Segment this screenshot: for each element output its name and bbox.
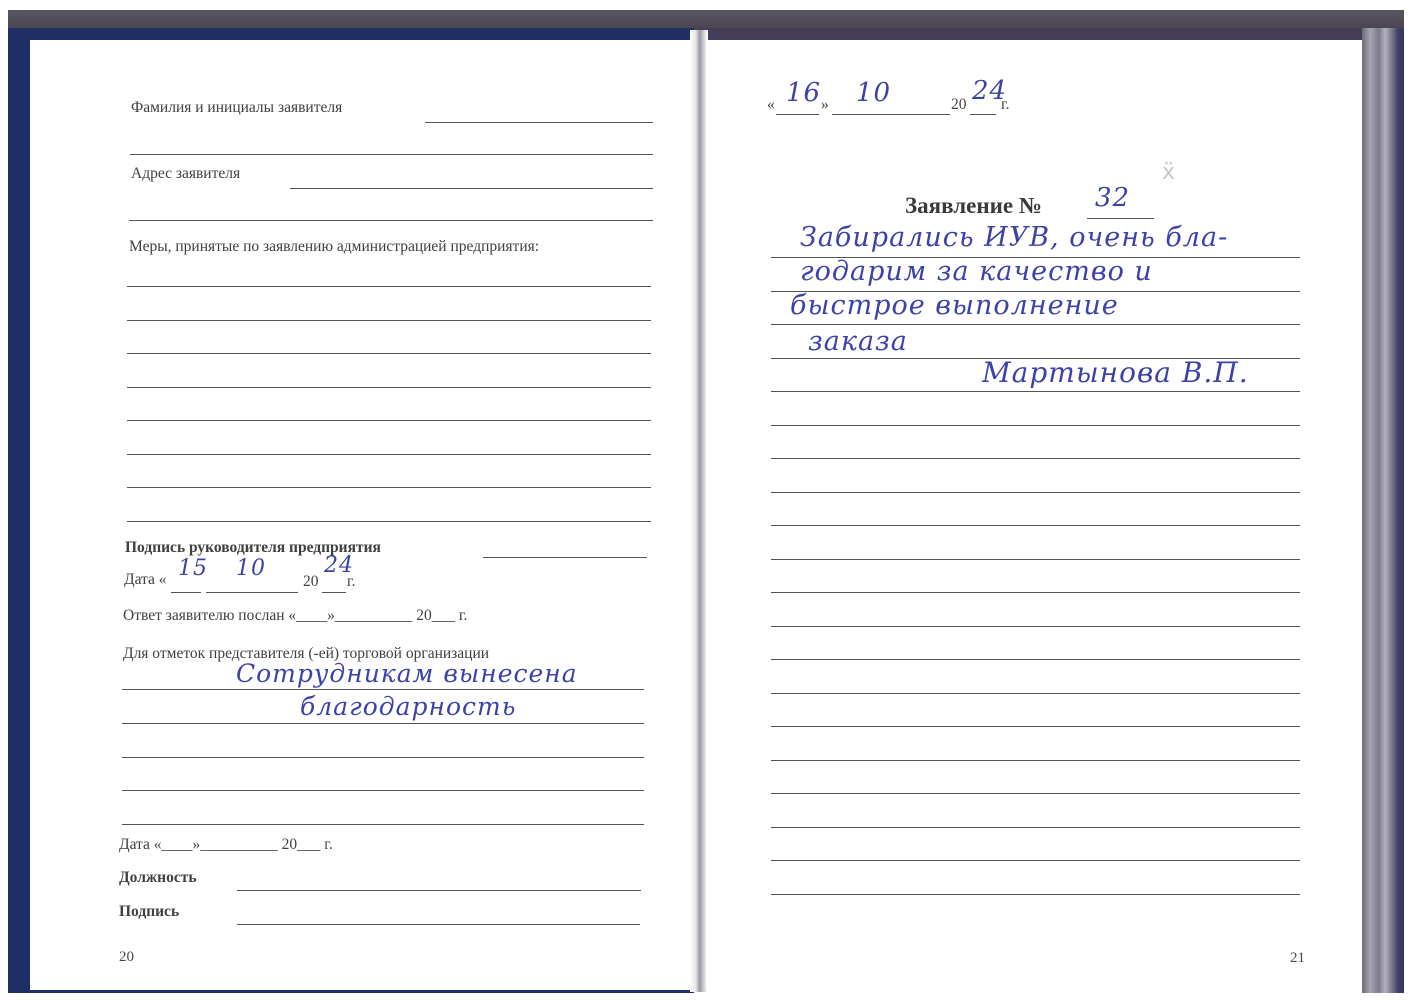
notes-line[interactable] (122, 790, 644, 791)
right-date-month-field[interactable] (832, 114, 950, 115)
measures-label: Меры, принятые по заявлению администраци… (129, 238, 539, 256)
right-date-close-quote: » (821, 96, 829, 114)
handwritten-text-line-3: быстрое выполнение (790, 290, 1119, 321)
right-date-open-quote: « (767, 96, 775, 114)
measures-line[interactable] (127, 521, 651, 522)
handwritten-statement-number: 32 (1095, 183, 1130, 213)
signature-field[interactable] (237, 924, 640, 925)
page-number-left: 20 (119, 949, 134, 966)
statement-line[interactable] (771, 760, 1300, 761)
handwritten-right-date-day: 16 (786, 78, 821, 108)
statement-line[interactable] (771, 492, 1300, 493)
applicant-name-field-2[interactable] (130, 154, 653, 155)
statement-line[interactable] (771, 726, 1300, 727)
statement-line[interactable] (771, 425, 1300, 426)
handwritten-notes-line-1: Сотрудникам вынесена (236, 659, 578, 688)
right-date-day-field[interactable] (776, 114, 819, 115)
handwritten-date-year: 24 (324, 553, 354, 578)
statement-line[interactable] (771, 793, 1300, 794)
statement-line[interactable] (771, 693, 1300, 694)
date-year-prefix: 20 (303, 573, 319, 591)
statement-line[interactable] (771, 525, 1300, 526)
notes-line[interactable] (122, 824, 644, 825)
faint-mark: ẍ (1162, 160, 1175, 185)
applicant-address-field[interactable] (290, 188, 653, 189)
date-label: Дата « (124, 571, 167, 588)
handwritten-date-day: 15 (178, 556, 208, 581)
applicant-name-label: Фамилия и инициалы заявителя (131, 99, 342, 117)
book-page-edges-right (1362, 28, 1404, 993)
statement-line[interactable] (771, 458, 1300, 459)
right-date-year-prefix: 20 (951, 96, 967, 114)
date-year-field[interactable] (322, 592, 346, 593)
measures-line[interactable] (127, 454, 651, 455)
manager-date-line: Дата « (124, 571, 167, 589)
notes-line[interactable] (122, 689, 644, 690)
applicant-address-label: Адрес заявителя (131, 165, 240, 183)
right-page (706, 40, 1362, 990)
handwritten-text-line-1: Забирались ИУВ, очень бла- (800, 222, 1228, 253)
date-day-field[interactable] (171, 592, 201, 593)
position-label: Должность (119, 869, 197, 887)
statement-line[interactable] (771, 626, 1300, 627)
bottom-date-label: Дата «____»__________ 20___ г. (119, 836, 333, 854)
manager-signature-field[interactable] (483, 557, 647, 558)
page-number-right: 21 (1290, 950, 1305, 967)
handwritten-text-line-2: годарим за качество и (800, 256, 1153, 287)
statement-line[interactable] (771, 559, 1300, 560)
measures-line[interactable] (127, 286, 651, 287)
statement-title: Заявление № (905, 193, 1042, 219)
signature-label: Подпись (119, 903, 179, 921)
notes-line[interactable] (122, 723, 644, 724)
book-cover-right-top (700, 28, 1404, 40)
measures-line[interactable] (127, 420, 651, 421)
handwritten-text-line-4: заказа (808, 326, 908, 357)
notes-line[interactable] (122, 757, 644, 758)
right-date-year-field[interactable] (970, 114, 996, 115)
statement-line[interactable] (771, 894, 1300, 895)
handwritten-signature: Мартынова В.П. (982, 356, 1249, 389)
applicant-name-field[interactable] (425, 122, 653, 123)
statement-line[interactable] (771, 324, 1300, 325)
reply-sent-label: Ответ заявителю послан «____»__________ … (123, 607, 467, 625)
measures-line[interactable] (127, 487, 651, 488)
statement-line[interactable] (771, 860, 1300, 861)
statement-number-field[interactable] (1087, 218, 1154, 219)
statement-line[interactable] (771, 592, 1300, 593)
date-month-field[interactable] (206, 592, 298, 593)
handwritten-right-date-year: 24 (972, 76, 1007, 106)
statement-label: Заявление № (905, 193, 1042, 218)
position-field[interactable] (237, 890, 641, 891)
measures-line[interactable] (127, 387, 651, 388)
measures-line[interactable] (127, 320, 651, 321)
statement-line[interactable] (771, 659, 1300, 660)
measures-line[interactable] (127, 353, 651, 354)
handwritten-date-month: 10 (236, 556, 266, 581)
handwritten-notes-line-2: благодарность (300, 692, 516, 721)
handwritten-right-date-month: 10 (856, 78, 891, 108)
statement-line[interactable] (771, 391, 1300, 392)
applicant-address-field-2[interactable] (129, 220, 653, 221)
statement-line[interactable] (771, 827, 1300, 828)
